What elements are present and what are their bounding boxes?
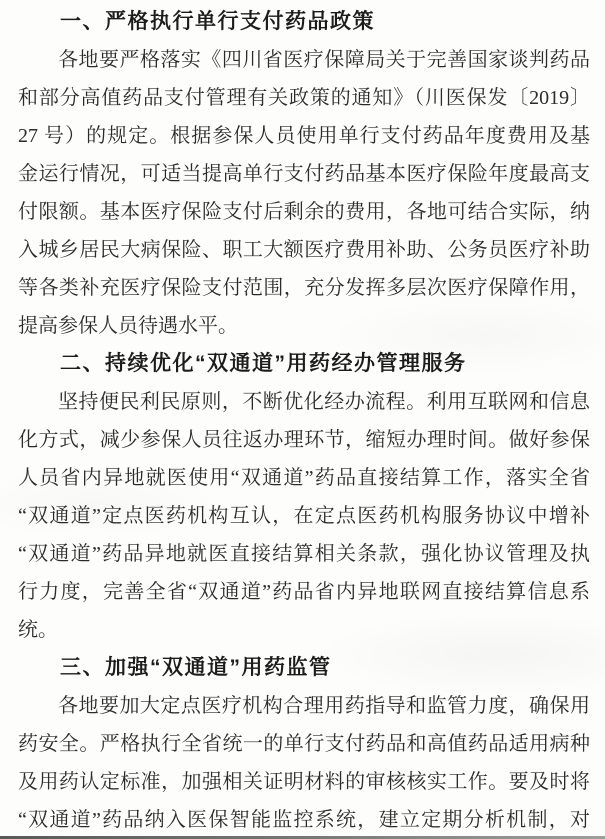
body-text-line: 坚持便民利民原则，不断优化经办流程。利用互联网和信息 — [18, 383, 590, 421]
body-text-line: 入城乡居民大病保险、职工大额医疗费用补助、公务员医疗补助 — [18, 231, 590, 269]
document-page: 一、严格执行单行支付药品政策各地要严格落实《四川省医疗保障局关于完善国家谈判药品… — [0, 0, 605, 839]
section-1-heading: 一、严格执行单行支付药品政策 — [18, 3, 590, 41]
body-text-line: 金运行情况，可适当提高单行支付药品基本医疗保险年度最高支 — [18, 155, 590, 193]
body-text-line: 付限额。基本医疗保险支付后剩余的费用，各地可结合实际，纳 — [18, 193, 590, 231]
section-3-heading: 三、加强“双通道”用药监管 — [18, 649, 590, 687]
body-text-line: 各地要加大定点医疗机构合理用药指导和监管力度，确保用 — [18, 687, 590, 725]
body-text-line: 等各类补充医疗保险支付范围，充分发挥多层次医疗保障作用， — [18, 269, 590, 307]
body-text-line: 统。 — [18, 611, 590, 649]
document-body: 一、严格执行单行支付药品政策各地要严格落实《四川省医疗保障局关于完善国家谈判药品… — [18, 3, 590, 839]
section-2-heading: 二、持续优化“双通道”用药经办管理服务 — [18, 345, 590, 383]
body-text-line: 和部分高值药品支付管理有关政策的通知》（川医保发〔2019〕 — [18, 79, 590, 117]
body-text-line: “双通道”定点医药机构互认，在定点医药机构服务协议中增补 — [18, 497, 590, 535]
body-text-line: 各地要严格落实《四川省医疗保障局关于完善国家谈判药品 — [18, 41, 590, 79]
body-text-line: 人员省内异地就医使用“双通道”药品直接结算工作，落实全省 — [18, 459, 590, 497]
body-text-line: 27 号）的规定。根据参保人员使用单行支付药品年度费用及基 — [18, 117, 590, 155]
body-text-line: 化方式，减少参保人员往返办理环节，缩短办理时间。做好参保 — [18, 421, 590, 459]
body-text-line: “双通道”药品纳入医保智能监控系统，建立定期分析机制，对 — [18, 801, 590, 839]
body-text-line: “双通道”药品异地就医直接结算相关条款，强化协议管理及执 — [18, 535, 590, 573]
scanned-document-screenshot: { "page": { "background": "#fdfdfb", "te… — [0, 0, 605, 839]
body-text-line: 提高参保人员待遇水平。 — [18, 307, 590, 345]
body-text-line: 及用药认定标准，加强相关证明材料的审核核实工作。要及时将 — [18, 763, 590, 801]
body-text-line: 行力度，完善全省“双通道”药品省内异地联网直接结算信息系 — [18, 573, 590, 611]
body-text-line: 药安全。严格执行全省统一的单行支付药品和高值药品适用病种 — [18, 725, 590, 763]
